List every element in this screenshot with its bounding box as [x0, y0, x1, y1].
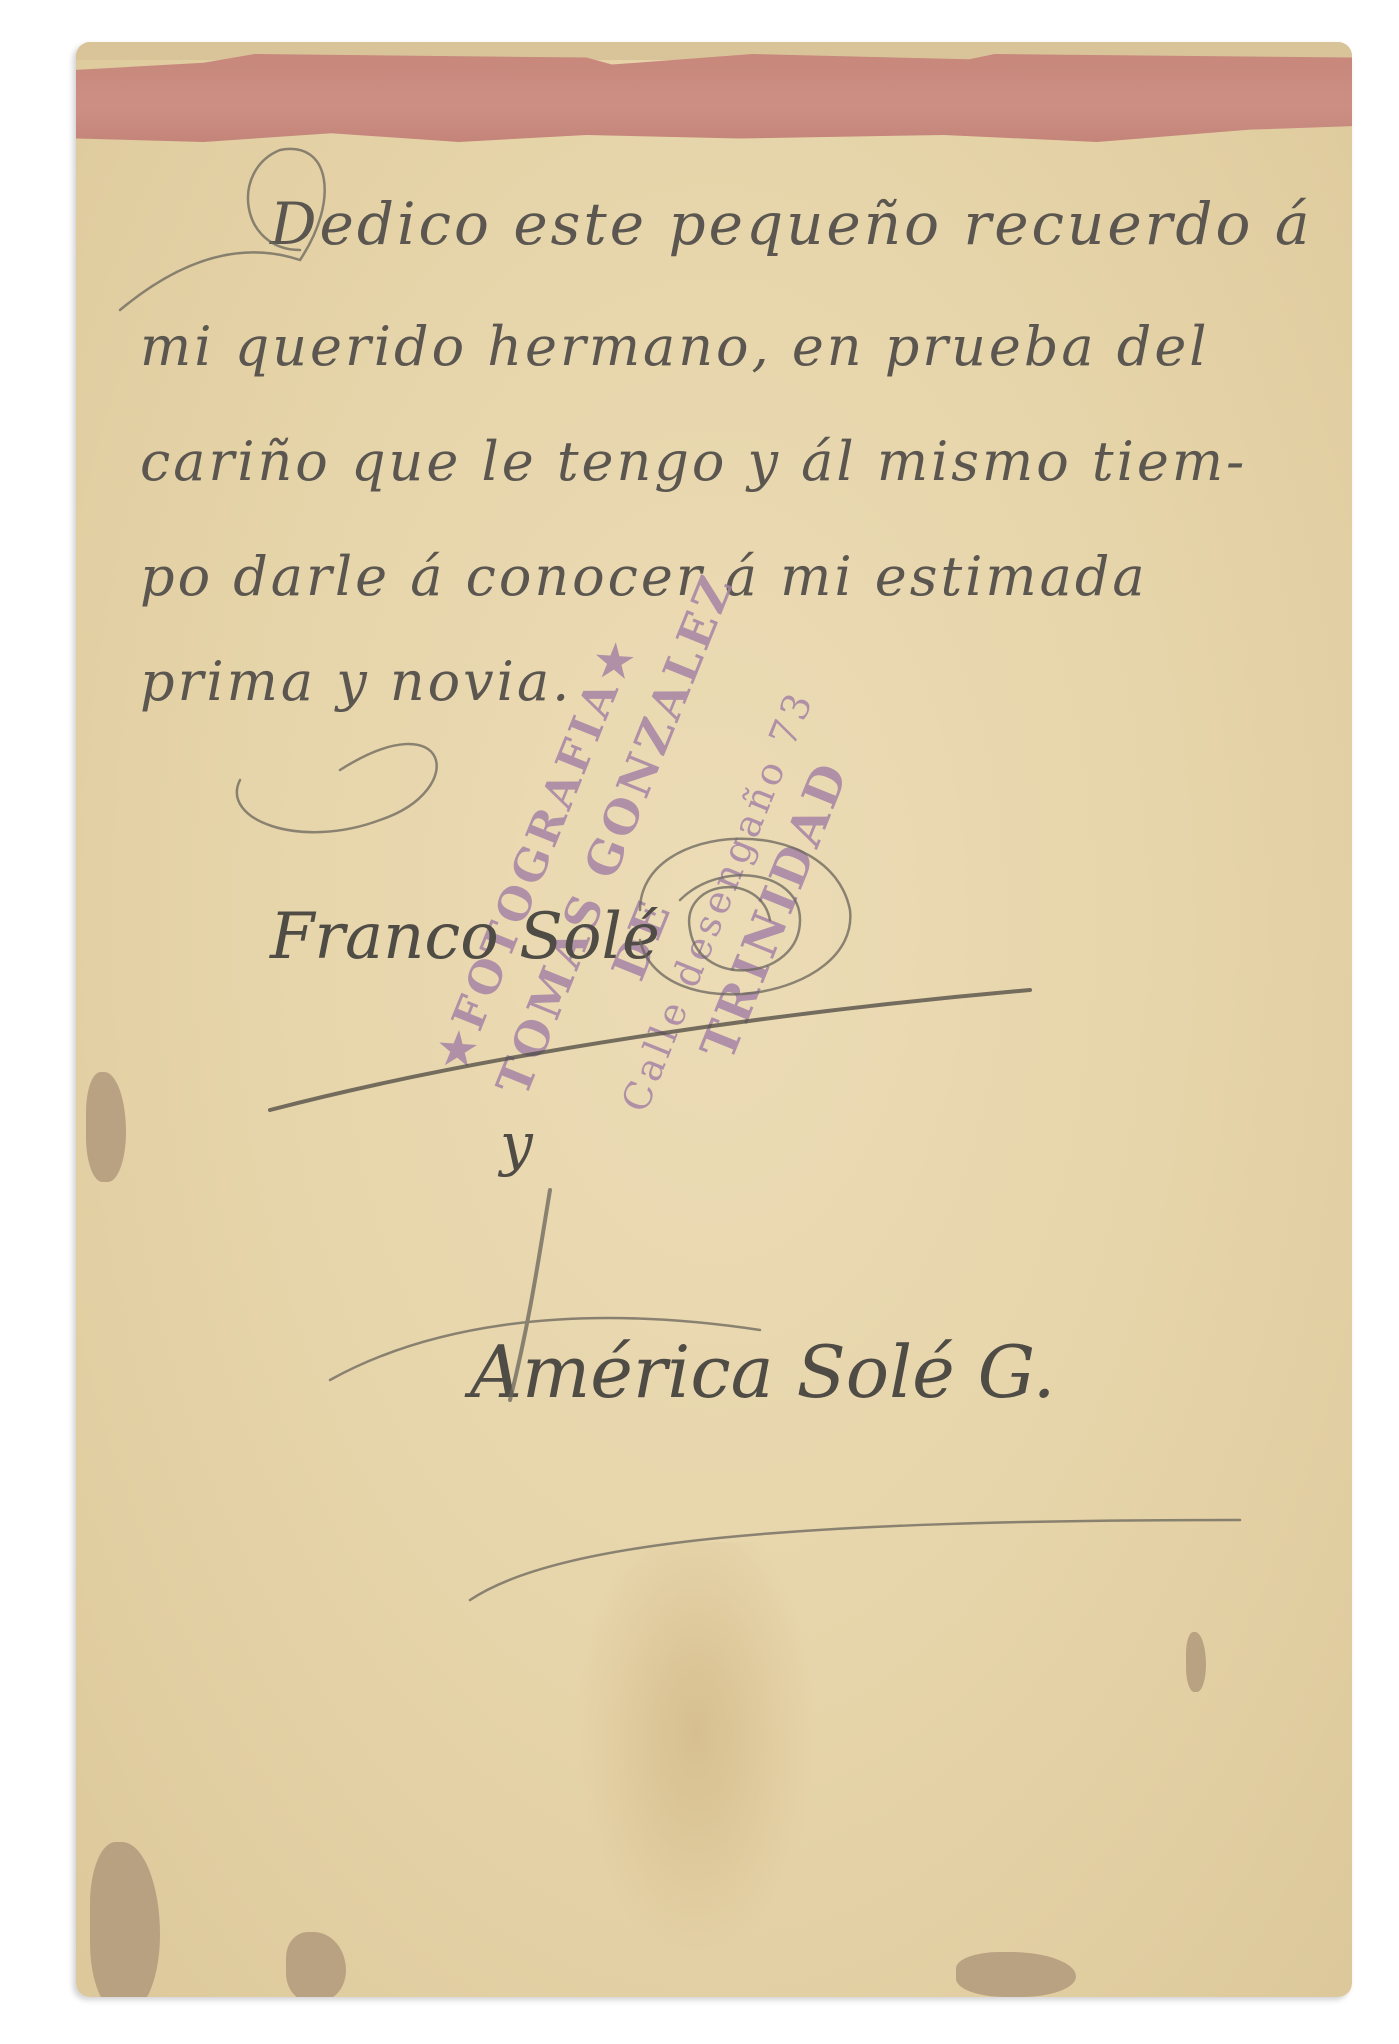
handwriting-flourishes [0, 0, 1399, 2044]
